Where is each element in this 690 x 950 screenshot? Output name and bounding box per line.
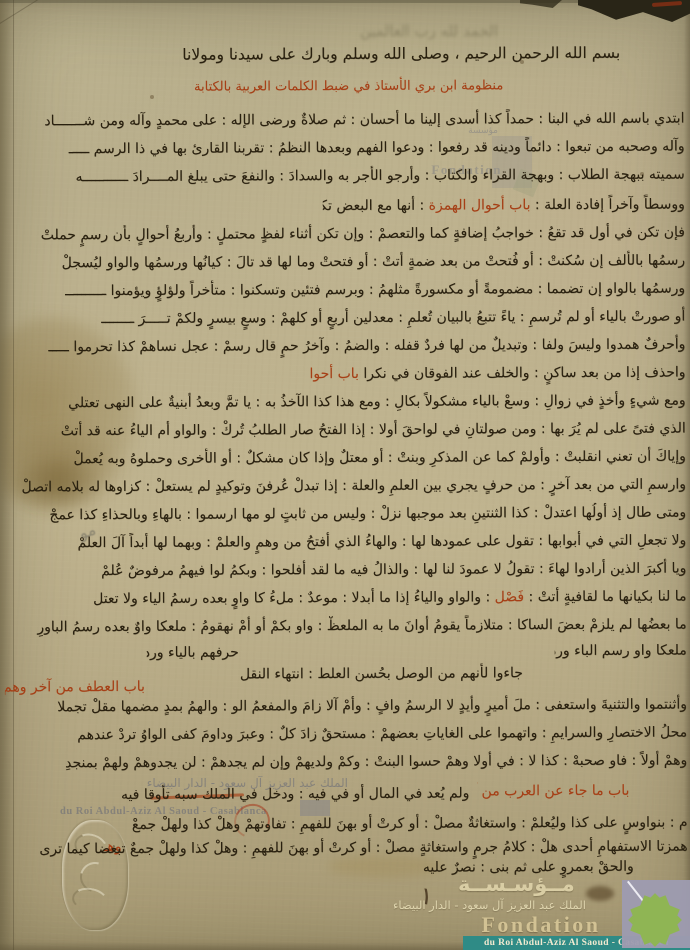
body-text: ووسطاً وآخراً إفادة العلة : (530, 197, 684, 214)
body-text: ورسمُها بالواو إن تضمما : مضمومةً أو مكس… (65, 281, 685, 300)
body-text: جاءوا لأنهم من الوصل بحُسن العلط : انتها… (240, 665, 523, 682)
body-text: محلُ الاختصارِ والسرايمِ : واتهموا على ا… (77, 725, 687, 744)
manuscript-line: منظومة ابن بري الأستاذ في ضبط الكلمات ال… (181, 76, 503, 99)
manuscript-line: الذي فتىً على لم يُرَ بها : ومن صولتانِ … (4, 419, 686, 444)
foundation-org-arabic: الملك عبد العزيز آل سعود - الدار البيضاء (393, 898, 618, 912)
manuscript-line: ما لنا بكيانها ما لقافيةٍ أتتْ : فَصْل :… (4, 587, 686, 612)
body-text: وارسمِ التي من بعد آخرٍ : من حرفٍ يجري ب… (21, 477, 686, 496)
rubric-text: باب ما جاء عن العرب من آخر وهم (477, 783, 629, 800)
manuscript-line: وإياكَ أن تعني انقلبتْ : وأولمْ كما عن ا… (4, 447, 686, 472)
manuscript-line: واحذف إذا من بعد ساكنٍ : والخلف عند الفو… (310, 363, 686, 387)
manuscript-text-layer: بسم الله الرحمن الرحيم ، وصلى الله وسلم … (0, 0, 690, 950)
body-text: : أنها مع البعض تكون أوكد (323, 198, 429, 215)
rubric-text: باب أحوال الهمزة (429, 197, 531, 213)
body-text: وأحرفٌ همدوا وليسَ ولفا : وتبديلٌ من لها… (48, 337, 685, 356)
manuscript-line: وأثنتموا والتثنيةَ واستعفى : ملَ أميرٍ و… (5, 695, 687, 720)
body-text: حرفهم بالياء ورد (147, 644, 239, 660)
manuscript-line: م : بنواوسٍ على كذا وليُعلمْ : واستغاثةٌ… (47, 813, 687, 838)
manuscript-line: ابتدي باسم الله في البنا : حمداً كذا أسد… (2, 109, 684, 134)
manuscript-line: فإن تكن في أول قد تقعُ : خواجبُ إضافةٍ ك… (3, 223, 685, 248)
manuscript-line: ووسطاً وآخراً إفادة العلة : باب أحوال ال… (323, 195, 685, 219)
body-text: سميته ببهجة الطلاب : وبهجة القراء والكتا… (75, 167, 684, 186)
body-text: وهمْ أولاً : فاو صحبهْ : كذا لا : في أول… (65, 753, 687, 772)
rubric-text: باب العطف من آخر وهم (5, 679, 145, 696)
body-text: ملعكا واو رسم الباء ورد (555, 643, 687, 660)
body-text: وآله وصحبه من تبعوا : دائماً ودينه قد رف… (69, 139, 685, 158)
manuscript-line: محلُ الاختصارِ والسرايمِ : واتهموا على ا… (5, 723, 687, 748)
body-text: ويا أكبرَ الذين أرادوا لهاءَ : تقولُ لا … (101, 561, 686, 580)
manuscript-line: جاءوا لأنهم من الوصل بحُسن العلط : انتها… (229, 663, 523, 686)
manuscript-line: ولم يُعد في المال أو في فيه : ودخل في ال… (63, 783, 469, 807)
body-text: بسم الله الرحمن الرحيم ، وصلى الله وسلم … (178, 44, 620, 65)
rubric-text: منظومة ابن بري الأستاذ في ضبط الكلمات ال… (194, 78, 503, 94)
manuscript-line: ورسمُها بالواو إن تضمما : مضمومةً أو مكس… (3, 279, 685, 304)
body-text: الذي فتىً على لم يُرَ بها : ومن صولتانِ … (61, 421, 686, 440)
rubric-text: فَصْل (495, 589, 525, 605)
body-text: أو صورتْ بالياء أو لم تُرسمِ : ياءً تتبع… (101, 309, 685, 328)
body-text: ما لنا بكيانها ما لقافيةٍ أتتْ : (524, 589, 687, 606)
manuscript-line: وارسمِ التي من بعد آخرٍ : من حرفٍ يجري ب… (4, 475, 686, 500)
body-text: ولا تجعلِ التي في أبوابها : تقول على عمو… (77, 533, 686, 552)
manuscript-line: أو صورتْ بالياء أو لم تُرسمِ : ياءً تتبع… (3, 307, 685, 332)
body-text: ولم يُعد في المال أو في فيه : ودخل في ال… (121, 785, 470, 803)
body-text: وإياكَ أن تعني انقلبتْ : وأولمْ كما عن ا… (73, 449, 686, 468)
manuscript-line: ما بعضُها لم يلزمْ بعضَ الساكا : متلازما… (5, 615, 687, 640)
manuscript-line: سميته ببهجة الطلاب : وبهجة القراء والكتا… (3, 165, 685, 190)
manuscript-line: ومع شيءٍ وأخذٍ في زوالِ : وسعْ بالياء مش… (4, 391, 686, 416)
rubric-text: باب أحوال (310, 366, 359, 382)
manuscript-line: ولا تجعلِ التي في أبوابها : تقول على عمو… (4, 531, 686, 556)
body-text: فإن تكن في أول قد تقعُ : خواجبُ إضافةٍ ك… (41, 225, 685, 244)
body-text: وأثنتموا والتثنيةَ واستعفى : ملَ أميرٍ و… (57, 697, 687, 716)
manuscript-line: ومتى طال إذ أولُها اعتدلْ : كذا الثنتينِ… (4, 503, 686, 528)
manuscript-line: باب ما جاء عن العرب من آخر وهم (477, 781, 629, 804)
manuscript-line: ملعكا واو رسم الباء ورد (555, 641, 687, 664)
manuscript-page: الحمد لله رب العالمين مؤسسة Fondation ال… (0, 0, 690, 950)
body-text: ابتدي باسم الله في البنا : حمداً كذا أسد… (44, 111, 684, 130)
manuscript-line: وأحرفٌ همدوا وليسَ ولفا : وتبديلٌ من لها… (3, 335, 685, 360)
manuscript-line: وهمْ أولاً : فاو صحبهْ : كذا لا : في أول… (5, 751, 687, 776)
body-text: م : بنواوسٍ على كذا وليُعلمْ : واستغاثةٌ… (132, 815, 688, 833)
manuscript-line: رسمُها بالألف إن سُكنتْ : أو فُتحتْ من ب… (3, 251, 685, 276)
body-text: ما بعضُها لم يلزمْ بعضَ الساكا : متلازما… (37, 617, 686, 636)
body-text: واحذف إذا من بعد ساكنٍ : والخلف عند الفو… (359, 365, 686, 382)
manuscript-line: بسم الله الرحمن الرحيم ، وصلى الله وسلم … (178, 43, 620, 67)
body-text: ومتى طال إذ أولُها اعتدلْ : كذا الثنتينِ… (49, 505, 686, 524)
body-text: رسمُها بالألف إن سُكنتْ : أو فُتحتْ من ب… (62, 253, 686, 272)
foundation-name-arabic: مــؤسـســة (458, 872, 618, 896)
manuscript-line: حرفهم بالياء ورد (147, 642, 239, 664)
foundation-name-latin: Fondation (466, 912, 616, 938)
manuscript-line: ويا أكبرَ الذين أرادوا لهاءَ : تقولُ لا … (4, 559, 686, 584)
body-text: : والواو والياءُ إذا ما أبدلا : موعدٌ : … (93, 589, 495, 607)
manuscript-line: وآله وصحبه من تبعوا : دائماً ودينه قد رف… (3, 137, 685, 162)
body-text: همزتا الاستفهامِ أحدى هلْ : كلامُ جرمٍ و… (39, 839, 687, 858)
body-text: ومع شيءٍ وأخذٍ في زوالِ : وسعْ بالياء مش… (68, 393, 686, 412)
